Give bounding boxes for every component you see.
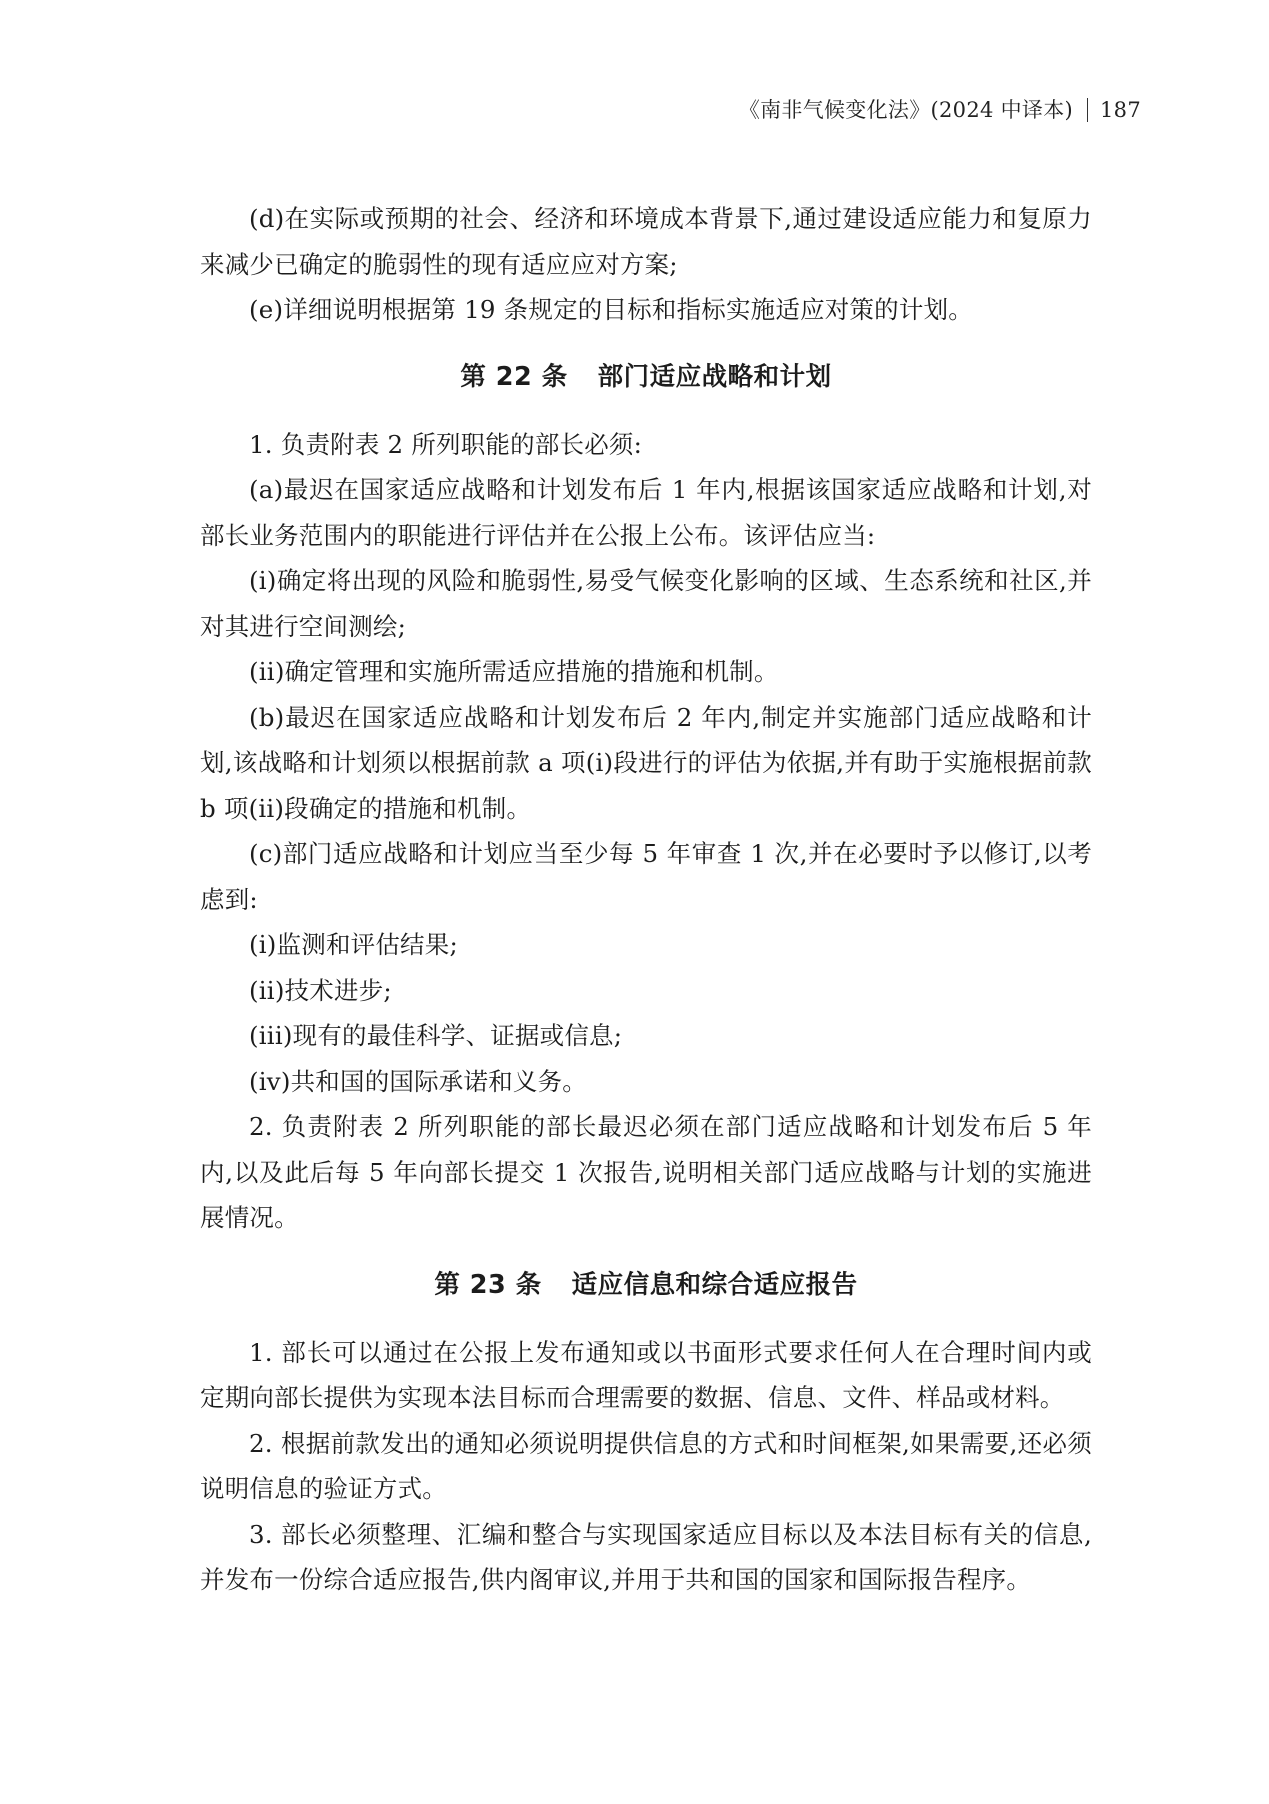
article-22-clause-1: 1. 负责附表 2 所列职能的部长必须: (200, 422, 1092, 468)
page-body: (d)在实际或预期的社会、经济和环境成本背景下,通过建设适应能力和复原力来减少已… (200, 196, 1092, 1603)
page-number: 187 (1100, 98, 1141, 122)
article-22-clause-2: 2. 负责附表 2 所列职能的部长最迟必须在部门适应战略和计划发布后 5 年内,… (200, 1104, 1092, 1241)
header-separator (1087, 98, 1088, 122)
document-page: 《南非气候变化法》(2024 中译本)187 (d)在实际或预期的社会、经济和环… (0, 0, 1269, 1804)
article-23-heading: 第 23 条适应信息和综合适应报告 (200, 1263, 1092, 1308)
article-23-title: 适应信息和综合适应报告 (572, 1270, 858, 1300)
article-23-clause-2: 2. 根据前款发出的通知必须说明提供信息的方式和时间框架,如果需要,还必须说明信… (200, 1421, 1092, 1512)
article-22-clause-1a: (a)最迟在国家适应战略和计划发布后 1 年内,根据该国家适应战略和计划,对部长… (200, 467, 1092, 558)
article-22-clause-1b: (b)最迟在国家适应战略和计划发布后 2 年内,制定并实施部门适应战略和计划,该… (200, 695, 1092, 832)
article-22-clause-1c: (c)部门适应战略和计划应当至少每 5 年审查 1 次,并在必要时予以修订,以考… (200, 831, 1092, 922)
article-22-clause-1a-i: (i)确定将出现的风险和脆弱性,易受气候变化影响的区域、生态系统和社区,并对其进… (200, 558, 1092, 649)
article-22-clause-1c-ii: (ii)技术进步; (200, 968, 1092, 1014)
article-23-clause-1: 1. 部长可以通过在公报上发布通知或以书面形式要求任何人在合理时间内或定期向部长… (200, 1330, 1092, 1421)
article-22-clause-1c-iii: (iii)现有的最佳科学、证据或信息; (200, 1013, 1092, 1059)
running-header-title: 《南非气候变化法》(2024 中译本) (739, 98, 1073, 122)
article-22-clause-1a-ii: (ii)确定管理和实施所需适应措施的措施和机制。 (200, 649, 1092, 695)
article-22-clause-1c-iv: (iv)共和国的国际承诺和义务。 (200, 1059, 1092, 1105)
article-23-clause-3: 3. 部长必须整理、汇编和整合与实现国家适应目标以及本法目标有关的信息,并发布一… (200, 1512, 1092, 1603)
article-23-number: 第 23 条 (434, 1270, 541, 1300)
article-22-title: 部门适应战略和计划 (598, 362, 832, 392)
article-22-heading: 第 22 条部门适应战略和计划 (200, 355, 1092, 400)
article-22-number: 第 22 条 (460, 362, 567, 392)
paragraph-d: (d)在实际或预期的社会、经济和环境成本背景下,通过建设适应能力和复原力来减少已… (200, 196, 1092, 287)
article-22-clause-1c-i: (i)监测和评估结果; (200, 922, 1092, 968)
paragraph-e: (e)详细说明根据第 19 条规定的目标和指标实施适应对策的计划。 (200, 287, 1092, 333)
running-header: 《南非气候变化法》(2024 中译本)187 (739, 96, 1141, 124)
